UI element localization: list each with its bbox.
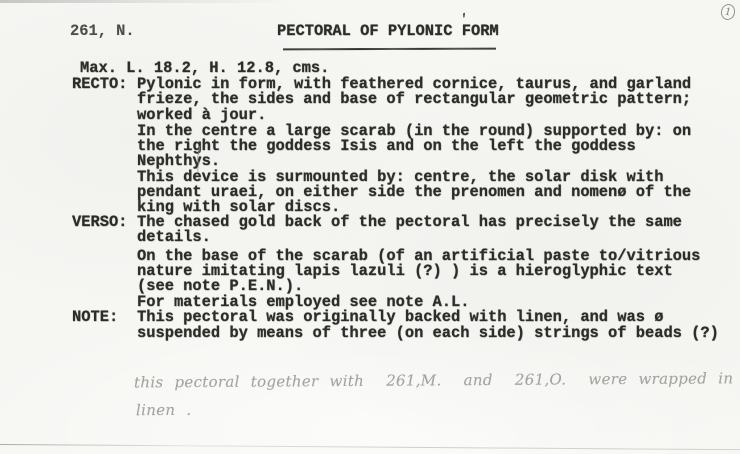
section-label-note: NOTE: [72, 310, 118, 325]
body-line: This pectoral was originally backed with… [137, 310, 663, 325]
section-label-verso: VERSO: [72, 215, 127, 230]
document-page: 261, N. PECTORAL OF PYLONIC FORM , 1 Max… [0, 0, 740, 454]
body-line: frieze, the sides and base of rectangula… [137, 92, 691, 107]
scan-smudge-top [0, 0, 290, 3]
catalog-number: 261, N. [70, 24, 135, 39]
dimensions-line: Max. L. 18.2, H. 12.8, cms. [80, 61, 329, 76]
section-label-recto: RECTO: [72, 77, 127, 92]
body-line: details. [137, 230, 211, 245]
body-line: (see note P.E.N.). [137, 279, 303, 294]
page-number: 1 [724, 6, 733, 18]
stray-ink-mark: , [459, 6, 470, 18]
page-number-mark: 1 [719, 3, 736, 22]
handwritten-annotation-line-2: linen . [136, 401, 192, 419]
body-line: worked à jour. [137, 108, 266, 123]
body-line: Nephthys. [137, 154, 220, 169]
pen-squiggle-mark [195, 146, 203, 172]
body-line: The chased gold back of the pectoral has… [137, 215, 682, 230]
handwritten-annotation-line-1: this pectoral together with 261,M. and 2… [134, 369, 740, 392]
page-title: PECTORAL OF PYLONIC FORM [277, 24, 499, 39]
body-line: suspended by means of three (on each sid… [137, 326, 719, 341]
title-underline [283, 48, 496, 51]
paper-edge-line [0, 444, 740, 450]
